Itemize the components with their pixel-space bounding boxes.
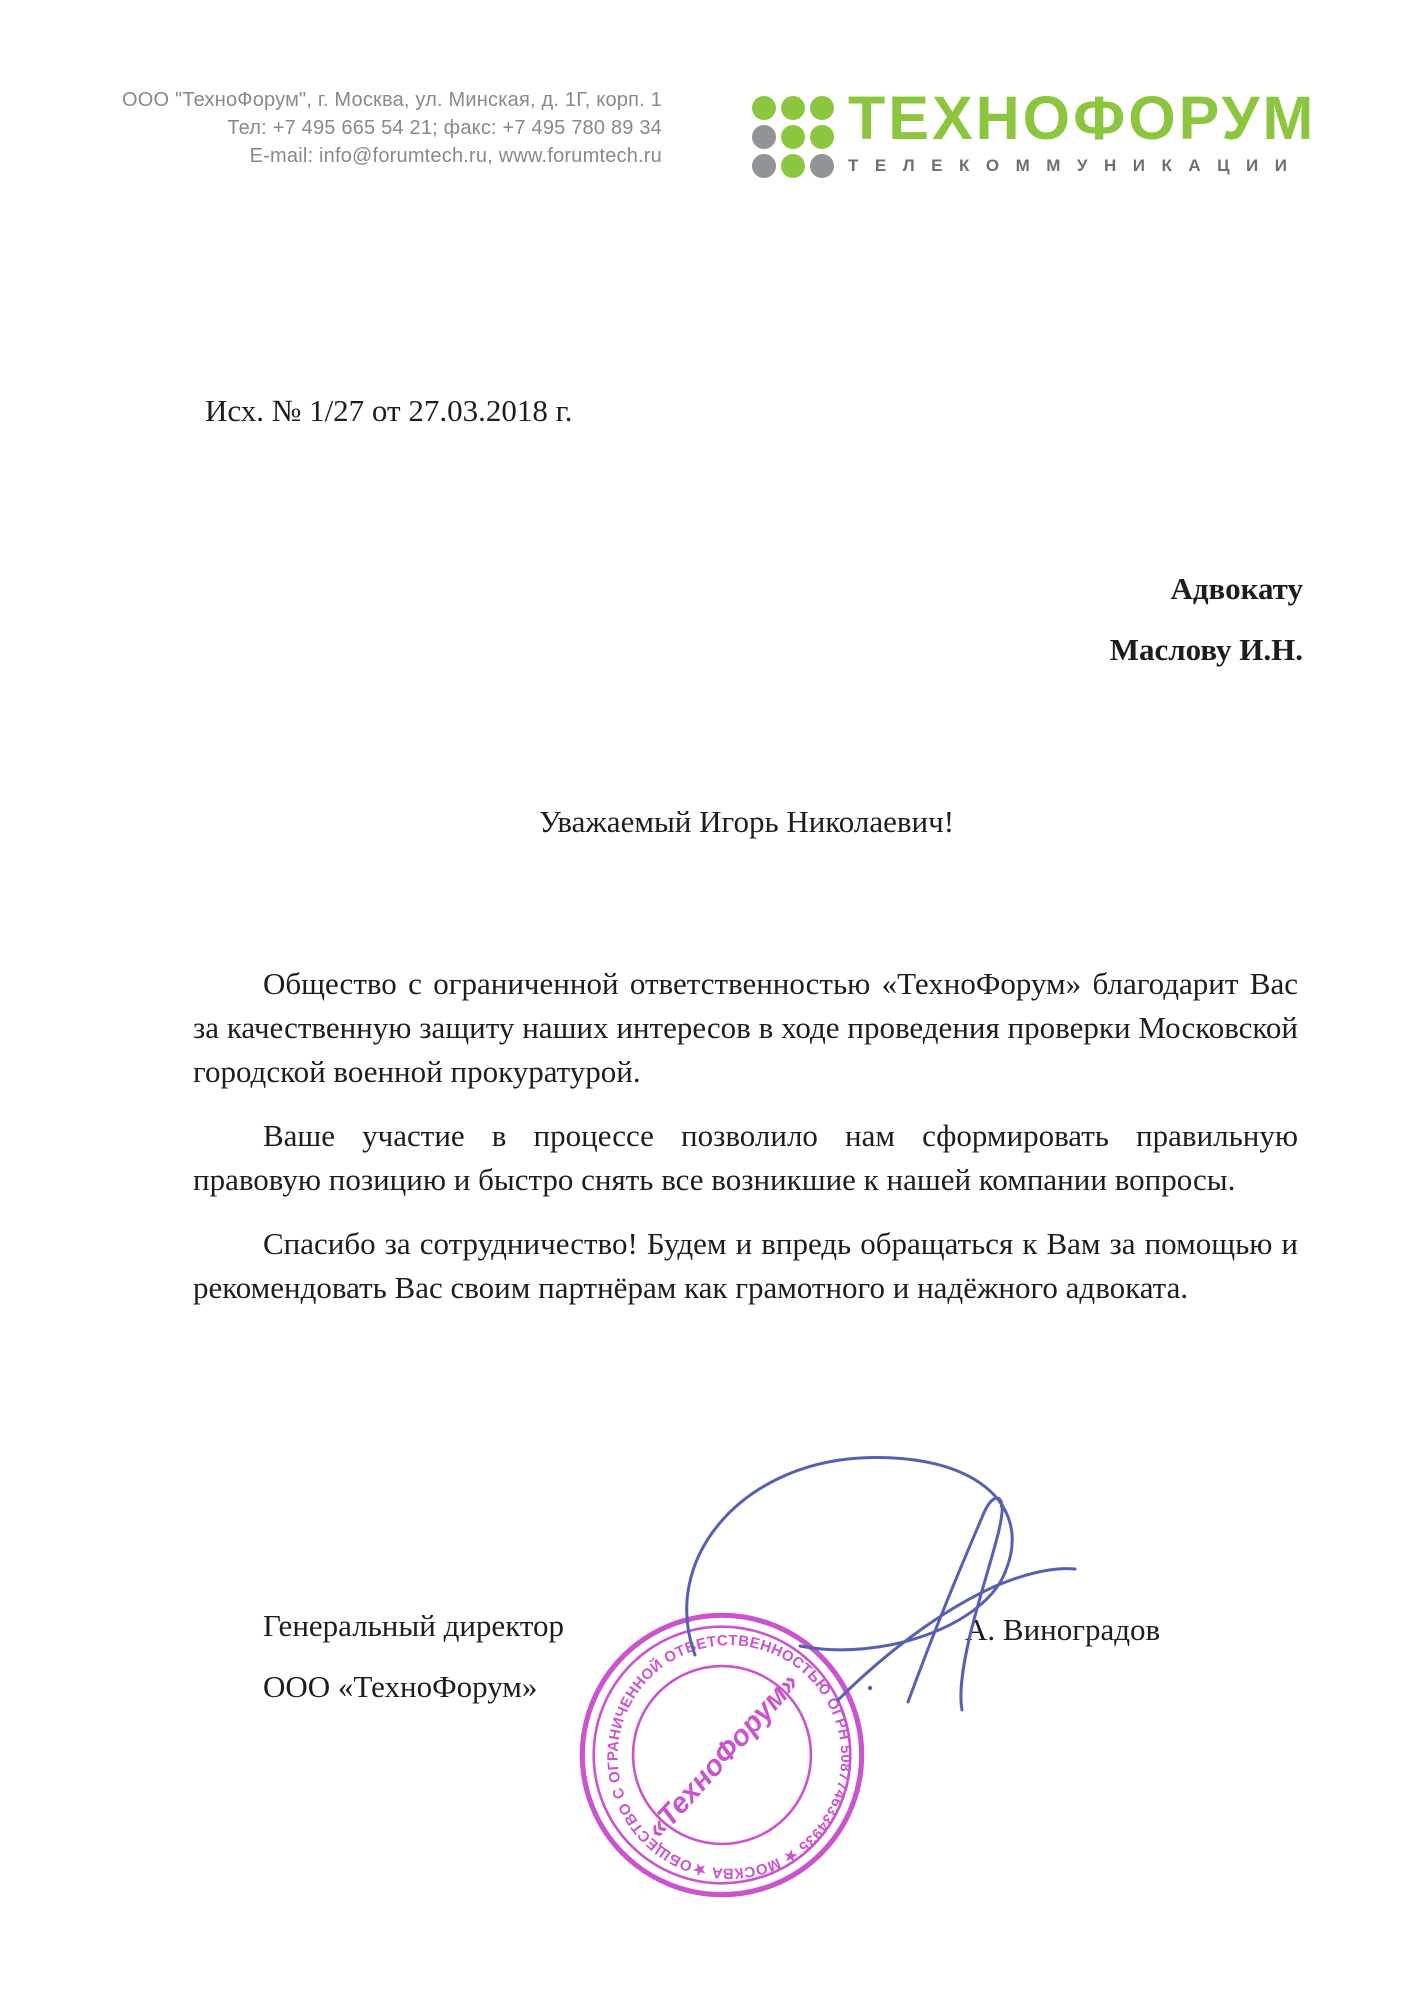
logo-dot: [810, 154, 834, 178]
signer-position-line1: Генеральный директор: [263, 1610, 564, 1641]
logo-text-block: ТЕХНОФОРУМ ТЕЛЕКОММУНИКАЦИИ: [848, 90, 1316, 176]
logo-dot: [752, 125, 776, 149]
company-phone-line: Тел: +7 495 665 54 21; факс: +7 495 780 …: [80, 114, 662, 142]
letter-body: Общество с ограниченной ответственностью…: [193, 962, 1298, 1330]
signature-strokes-icon: [687, 1458, 1075, 1710]
paragraph: Спасибо за сотрудничество! Будем и впред…: [193, 1222, 1298, 1310]
logo-dots-icon: [752, 96, 834, 178]
handwritten-signature: [650, 1430, 1210, 1750]
logo-dot: [752, 154, 776, 178]
company-address-line: ООО "ТехноФорум", г. Москва, ул. Минская…: [80, 86, 662, 114]
paragraph: Ваше участие в процессе позволило нам сф…: [193, 1114, 1298, 1202]
letterhead-contact-block: ООО "ТехноФорум", г. Москва, ул. Минская…: [80, 86, 662, 170]
logo-subtitle: ТЕЛЕКОММУНИКАЦИИ: [848, 156, 1316, 176]
signer-position-block: Генеральный директор ООО «ТехноФорум»: [263, 1610, 564, 1702]
addressee-block: Адвокату Маслову И.Н.: [1110, 558, 1303, 680]
salutation: Уважаемый Игорь Николаевич!: [193, 804, 1300, 840]
company-logo: ТЕХНОФОРУМ ТЕЛЕКОММУНИКАЦИИ: [752, 90, 1316, 178]
addressee-name: Маслову И.Н.: [1110, 619, 1303, 680]
signer-position-line2: ООО «ТехноФорум»: [263, 1671, 564, 1702]
logo-dot: [781, 154, 805, 178]
paragraph: Общество с ограниченной ответственностью…: [193, 962, 1298, 1094]
logo-title: ТЕХНОФОРУМ: [848, 90, 1316, 146]
logo-dot: [752, 96, 776, 120]
logo-dot: [810, 125, 834, 149]
logo-dot: [781, 125, 805, 149]
company-email-line: E-mail: info@forumtech.ru, www.forumtech…: [80, 142, 662, 170]
letter-page: ООО "ТехноФорум", г. Москва, ул. Минская…: [0, 0, 1413, 2000]
addressee-title: Адвокату: [1110, 558, 1303, 619]
logo-dot: [781, 96, 805, 120]
logo-dot: [810, 96, 834, 120]
outgoing-reference-line: Исх. № 1/27 от 27.03.2018 г.: [205, 393, 573, 429]
